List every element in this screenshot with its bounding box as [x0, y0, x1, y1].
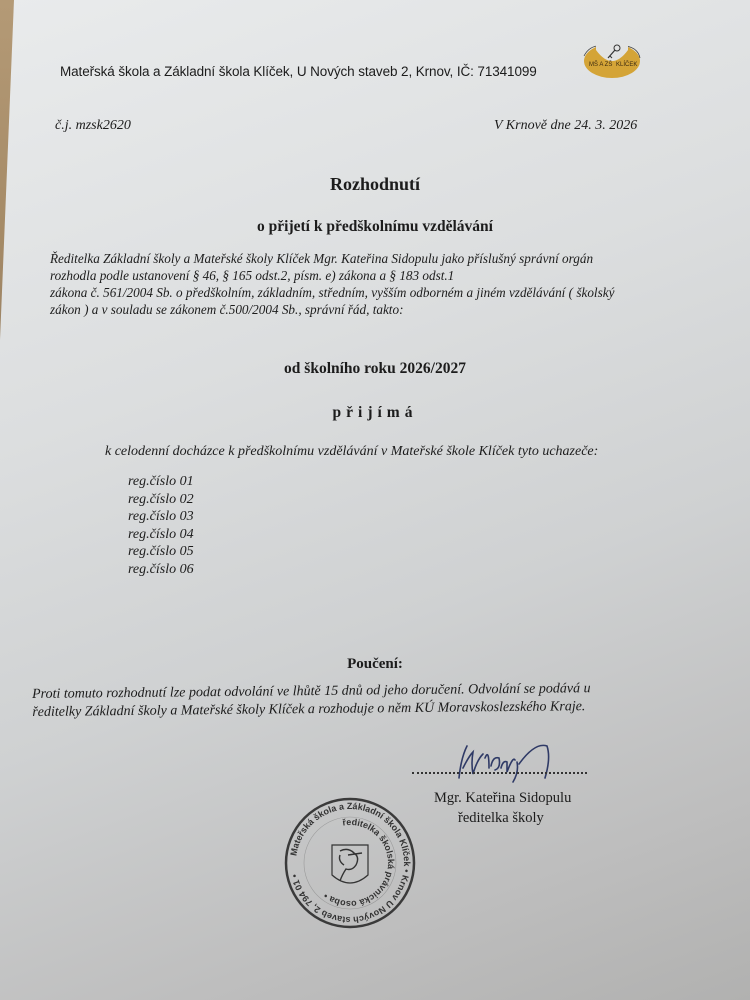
signatory-name: Mgr. Kateřina Sidopulu — [434, 790, 571, 807]
place-date: V Krnově dne 24. 3. 2026 — [494, 118, 637, 134]
stamp-seal-icon: Mateřská škola a Základní škola Klíček •… — [282, 795, 418, 931]
reference-number: č.j. mzsk2620 — [55, 118, 131, 134]
handwritten-signature — [455, 738, 565, 793]
school-year: od školního roku 2026/2027 — [0, 360, 750, 378]
institution-header: Mateřská škola a Základní škola Klíček, … — [60, 64, 537, 79]
intro-line: zákona č. 561/2004 Sb. o předškolním, zá… — [50, 284, 614, 301]
instruction-title: Poučení: — [0, 656, 750, 673]
svg-text:ředitelka školská právnická: ředitelka školská právnická osoba • — [321, 817, 396, 909]
document-title: Rozhodnutí — [0, 174, 750, 195]
signature-icon — [455, 738, 565, 788]
attendance-text: k celodenní docházce k předškolnímu vzdě… — [105, 444, 598, 460]
applicant-item: reg.číslo 01 — [128, 473, 194, 491]
school-logo: MŠ A ZŠ KLÍČEK — [582, 38, 642, 80]
logo-left-text: MŠ A ZŠ — [589, 62, 612, 68]
logo-right-text: KLÍČEK — [616, 62, 637, 68]
intro-line: rozhodla podle ustanovení § 46, § 165 od… — [50, 267, 614, 284]
applicant-item: reg.číslo 02 — [128, 491, 194, 509]
logo-emblem-icon — [582, 38, 642, 80]
applicant-item: reg.číslo 04 — [128, 526, 194, 544]
applicant-item: reg.číslo 03 — [128, 508, 194, 526]
signatory-role: ředitelka školy — [458, 810, 544, 827]
signature-line — [412, 772, 587, 774]
intro-line: Ředitelka Základní školy a Mateřské škol… — [50, 250, 614, 267]
document-subtitle: o přijetí k předškolnímu vzdělávání — [0, 218, 750, 236]
decision-verb: přijímá — [0, 404, 750, 422]
applicant-item: reg.číslo 06 — [128, 561, 194, 579]
instruction-paragraph: Proti tomuto rozhodnutí lze podat odvolá… — [32, 680, 591, 722]
applicant-list: reg.číslo 01 reg.číslo 02 reg.číslo 03 r… — [128, 473, 194, 578]
intro-line: zákon ) a v souladu se zákonem č.500/200… — [50, 301, 614, 318]
applicant-item: reg.číslo 05 — [128, 543, 194, 561]
official-stamp: Mateřská škola a Základní škola Klíček •… — [282, 795, 418, 931]
intro-paragraph: Ředitelka Základní školy a Mateřské škol… — [50, 250, 614, 318]
czech-lion-icon — [332, 845, 368, 883]
